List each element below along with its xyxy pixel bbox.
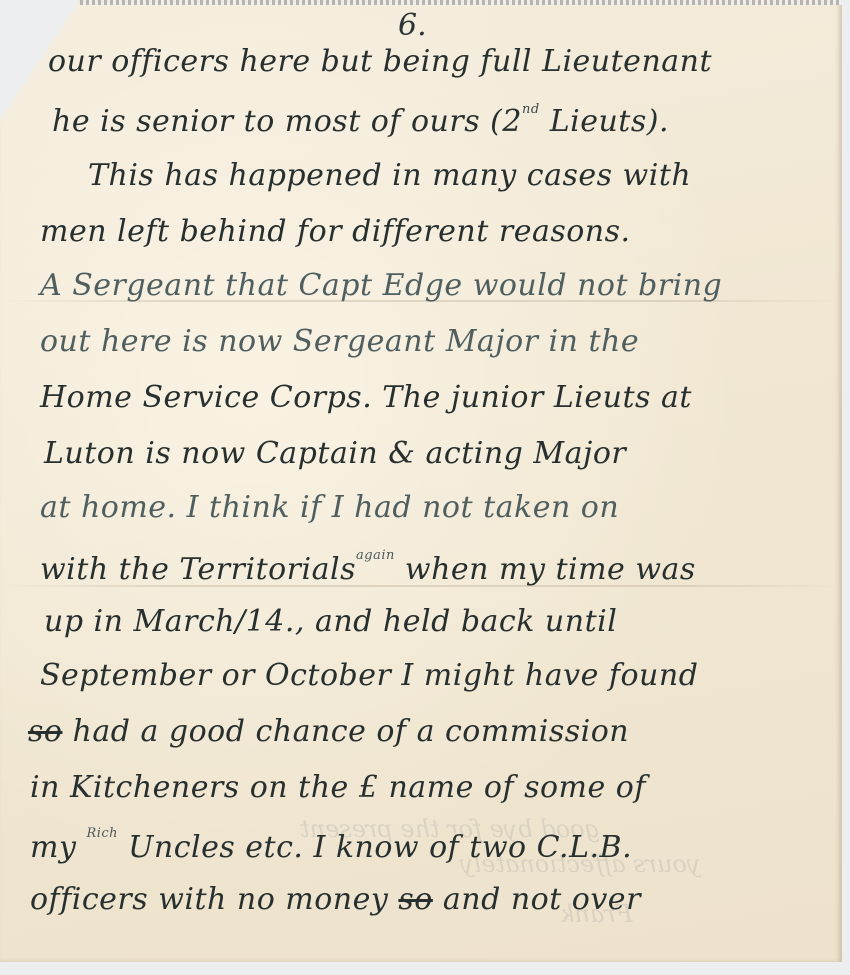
perforated-edge — [80, 0, 842, 5]
page-number: 6. — [398, 8, 427, 43]
letter-line: Luton is now Captain & acting Major — [44, 436, 626, 471]
letter-line: up in March/14., and held back until — [44, 604, 617, 639]
letter-line: at home. I think if I had not taken on — [40, 490, 619, 525]
letter-line: he is senior to most of ours (2nd Lieuts… — [52, 102, 669, 139]
letter-line: Home Service Corps. The junior Lieuts at — [40, 380, 692, 415]
letter-line: officers with no money so and not over — [30, 882, 641, 917]
letter-line: This has happened in many cases with — [88, 158, 691, 193]
letter-line: out here is now Sergeant Major in the — [40, 324, 639, 359]
letter-page: Frank yours affectionately good bye for … — [0, 0, 842, 962]
letter-line: men left behind for different reasons. — [40, 214, 631, 249]
letter-line: our officers here but being full Lieuten… — [48, 44, 712, 79]
letter-line: September or October I might have found — [40, 658, 698, 693]
letter-scan: Frank yours affectionately good bye for … — [0, 0, 850, 975]
letter-line: with the Territorialsagain when my time … — [40, 548, 696, 587]
letter-line: so had a good chance of a commission — [28, 714, 629, 749]
letter-line: in Kitcheners on the £ name of some of — [30, 770, 646, 805]
letter-line: my Rich Uncles etc. I know of two C.L.B. — [30, 826, 632, 865]
letter-line: A Sergeant that Capt Edge would not brin… — [40, 268, 722, 303]
